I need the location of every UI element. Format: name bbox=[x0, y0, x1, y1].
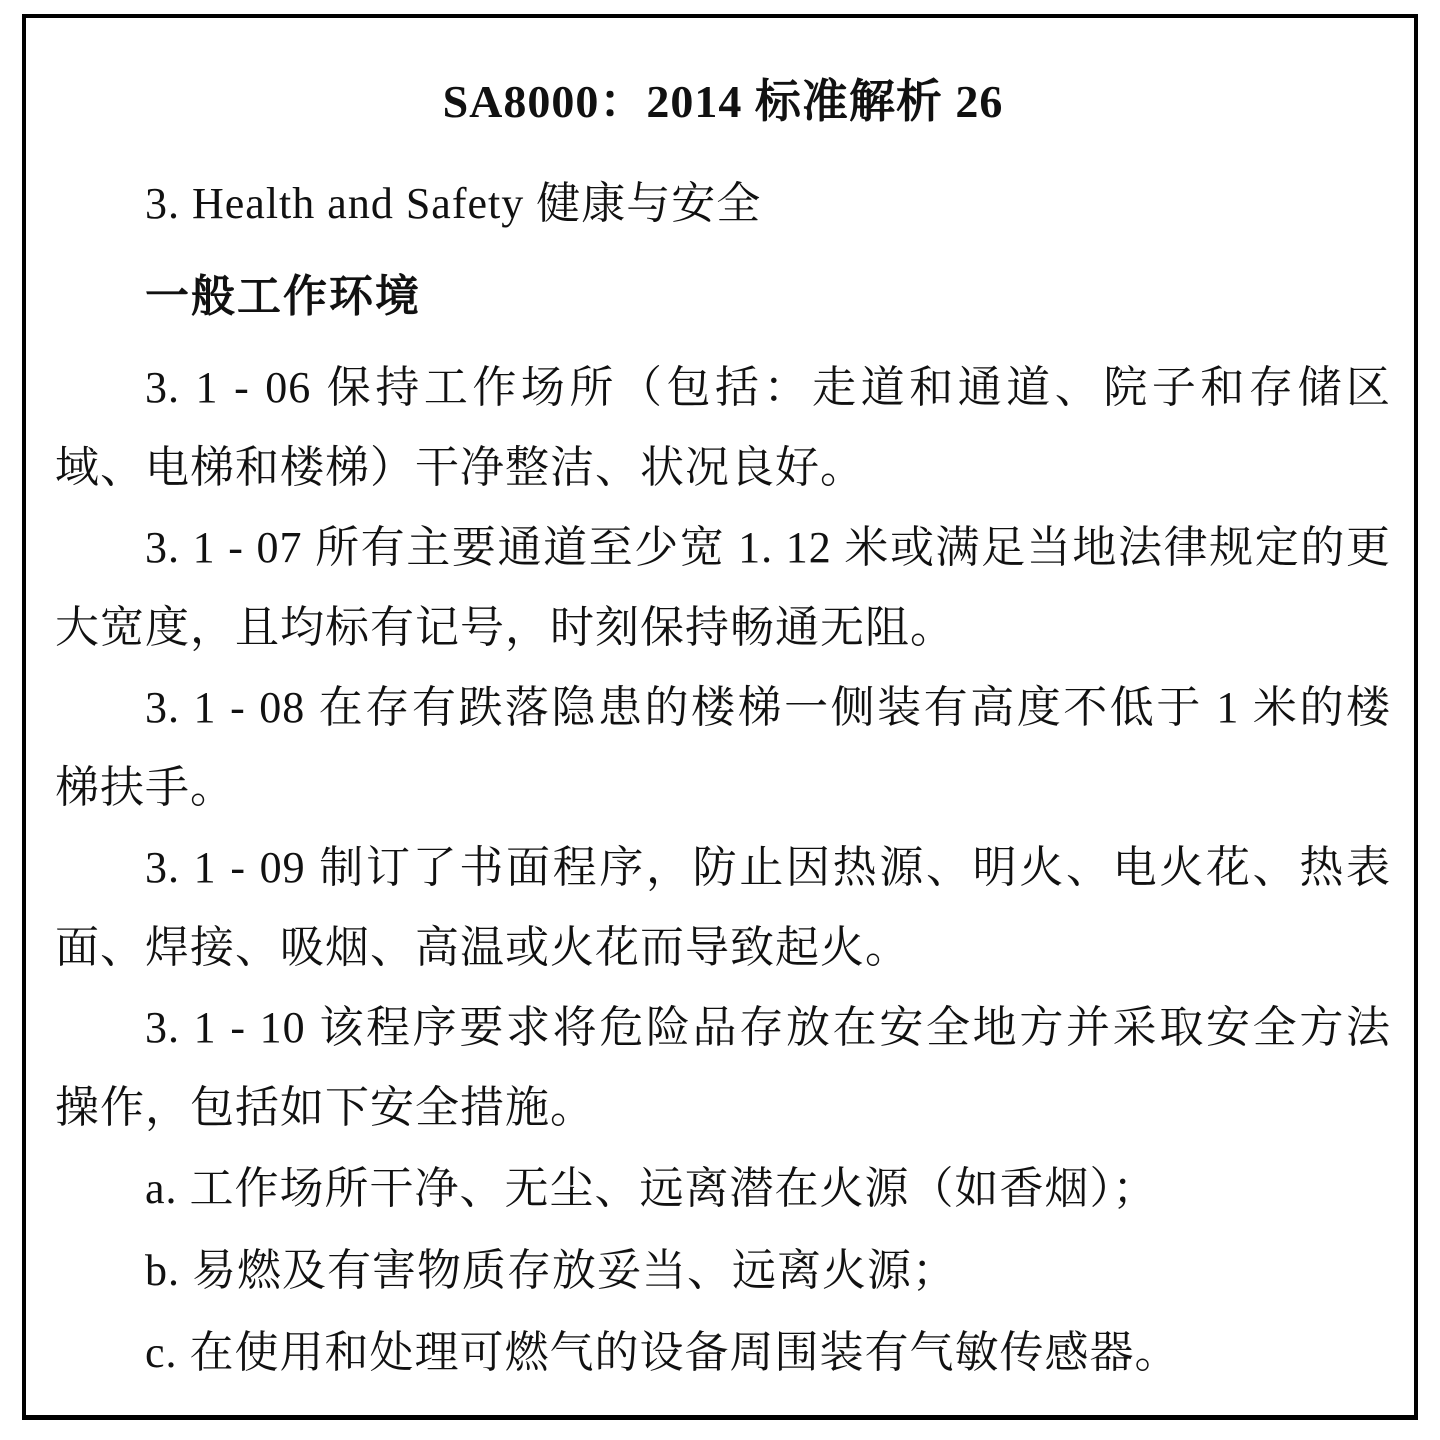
body-text: 3. 1 - 06 保持工作场所（包括：走道和通道、院子和存储区域、电梯和楼梯）… bbox=[55, 348, 1391, 1394]
paragraph-clause-3-1-08: 3. 1 - 08 在存有跌落隐患的楼梯一侧装有高度不低于 1 米的楼梯扶手。 bbox=[55, 668, 1391, 828]
list-item-b: b. 易燃及有害物质存放妥当、远离火源； bbox=[55, 1230, 1391, 1312]
subsection-heading-general-work-environment: 一般工作环境 bbox=[55, 272, 1391, 322]
document-page: { "document": { "title": "SA8000：2014 标准… bbox=[0, 0, 1440, 1440]
list-item-a: a. 工作场所干净、无尘、远离潜在火源（如香烟）； bbox=[55, 1148, 1391, 1230]
section-heading-health-and-safety: 3. Health and Safety 健康与安全 bbox=[55, 178, 1391, 230]
paragraph-clause-3-1-10: 3. 1 - 10 该程序要求将危险品存放在安全地方并采取安全方法操作，包括如下… bbox=[55, 988, 1391, 1148]
page-border-frame: SA8000：2014 标准解析 26 3. Health and Safety… bbox=[22, 14, 1418, 1420]
paragraph-clause-3-1-07: 3. 1 - 07 所有主要通道至少宽 1. 12 米或满足当地法律规定的更大宽… bbox=[55, 508, 1391, 668]
page-title: SA8000：2014 标准解析 26 bbox=[55, 76, 1391, 128]
paragraph-clause-3-1-09: 3. 1 - 09 制订了书面程序，防止因热源、明火、电火花、热表面、焊接、吸烟… bbox=[55, 828, 1391, 988]
paragraph-clause-3-1-06: 3. 1 - 06 保持工作场所（包括：走道和通道、院子和存储区域、电梯和楼梯）… bbox=[55, 348, 1391, 508]
list-item-c: c. 在使用和处理可燃气的设备周围装有气敏传感器。 bbox=[55, 1312, 1391, 1394]
